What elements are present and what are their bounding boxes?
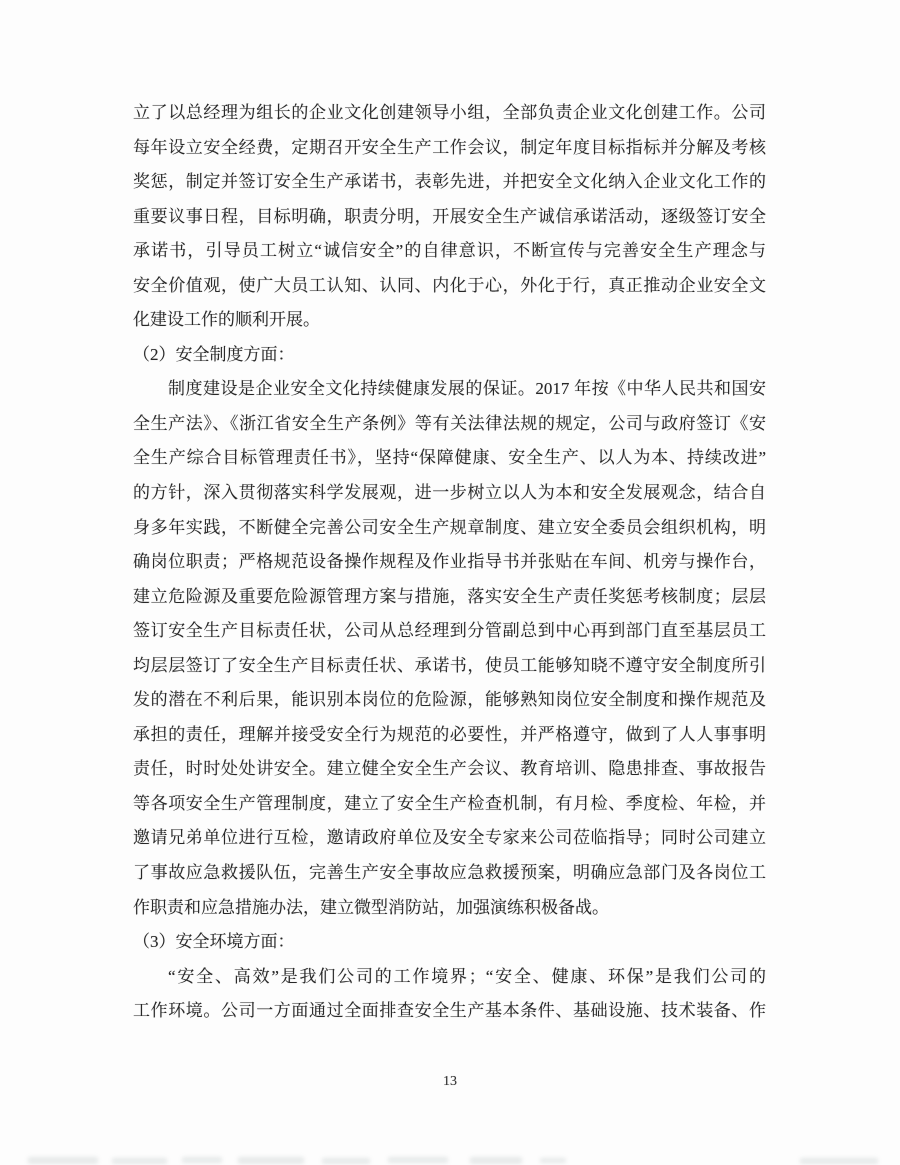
scan-artifact <box>540 1158 566 1163</box>
text-line: 的方针，深入贯彻落实科学发展观，进一步树立以人为本和安全发展观念，结合自 <box>133 476 766 511</box>
text-line: 立了以总经理为组长的企业文化创建领导小组，全部负责企业文化创建工作。公司 <box>133 96 766 131</box>
text-line: 建立危险源及重要危险源管理方案与措施，落实安全生产责任奖惩考核制度；层层 <box>133 580 766 615</box>
text-line: 安全价值观，使广大员工认知、认同、内化于心，外化于行，真正推动企业安全文 <box>133 269 766 304</box>
text-line: “安全、高效”是我们公司的工作境界；“安全、健康、环保”是我们公司的 <box>133 960 766 995</box>
text-line: 身多年实践，不断健全完善公司安全生产规章制度、建立安全委员会组织机构，明 <box>133 511 766 546</box>
text-line: 每年设立安全经费，定期召开安全生产工作会议，制定年度目标指标并分解及考核 <box>133 131 766 166</box>
text-line: 均层层签订了安全生产目标责任状、承诺书，使员工能够知晓不遵守安全制度所引 <box>133 649 766 684</box>
document-page: 立了以总经理为组长的企业文化创建领导小组，全部负责企业文化创建工作。公司 每年设… <box>0 0 900 1165</box>
scan-artifact <box>800 1158 878 1164</box>
text-line: 确岗位职责；严格规范设备操作规程及作业指导书并张贴在车间、机旁与操作台， <box>133 545 766 580</box>
section-heading: （2）安全制度方面： <box>133 338 766 373</box>
text-line: 全生产综合目标管理责任书》，坚持“保障健康、安全生产、以人为本、持续改进” <box>133 441 766 476</box>
text-line: 制度建设是企业安全文化持续健康发展的保证。2017 年按《中华人民共和国安 <box>133 372 766 407</box>
scan-artifact <box>388 1157 448 1163</box>
text-line: 承担的责任，理解并接受安全行为规范的必要性，并严格遵守，做到了人人事事明 <box>133 718 766 753</box>
body-text: 立了以总经理为组长的企业文化创建领导小组，全部负责企业文化创建工作。公司 每年设… <box>133 96 766 1029</box>
text-line: 责任，时时处处讲安全。建立健全安全生产会议、教育培训、隐患排查、事故报告 <box>133 752 766 787</box>
scan-artifact <box>238 1157 304 1164</box>
scan-artifact <box>322 1158 370 1164</box>
text-line: 签订安全生产目标责任状，公司从总经理到分管副总到中心再到部门直至基层员工 <box>133 614 766 649</box>
scan-artifact-strip <box>0 1151 900 1165</box>
text-line: 工作环境。公司一方面通过全面排查安全生产基本条件、基础设施、技术装备、作 <box>133 994 766 1029</box>
text-line: 邀请兄弟单位进行互检，邀请政府单位及安全专家来公司莅临指导；同时公司建立 <box>133 821 766 856</box>
section-heading: （3）安全环境方面： <box>133 925 766 960</box>
scan-artifact <box>182 1157 222 1163</box>
page-number: 13 <box>0 1074 900 1090</box>
text-line: 重要议事日程，目标明确，职责分明，开展安全生产诚信承诺活动，逐级签订安全 <box>133 200 766 235</box>
scan-artifact <box>28 1157 98 1164</box>
text-line: 全生产法》、《浙江省安全生产条例》等有关法律法规的规定，公司与政府签订《安 <box>133 407 766 442</box>
text-line: 奖惩，制定并签订安全生产承诺书，表彰先进，并把安全文化纳入企业文化工作的 <box>133 165 766 200</box>
text-line: 发的潜在不利后果，能识别本岗位的危险源，能够熟知岗位安全制度和操作规范及 <box>133 683 766 718</box>
text-line: 化建设工作的顺利开展。 <box>133 303 766 338</box>
text-line: 等各项安全生产管理制度，建立了安全生产检查机制，有月检、季度检、年检，并 <box>133 787 766 822</box>
scan-artifact <box>470 1157 522 1164</box>
text-line: 了事故应急救援队伍，完善生产安全事故应急救援预案，明确应急部门及各岗位工 <box>133 856 766 891</box>
scan-artifact <box>112 1158 167 1164</box>
text-line: 承诺书，引导员工树立“诚信安全”的自律意识，不断宣传与完善安全生产理念与 <box>133 234 766 269</box>
text-line: 作职责和应急措施办法，建立微型消防站，加强演练积极备战。 <box>133 891 766 926</box>
